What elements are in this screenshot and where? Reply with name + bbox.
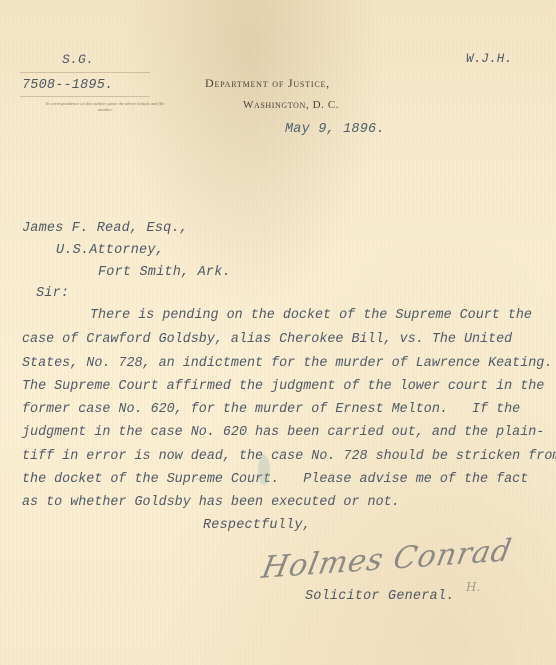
rule-1 — [20, 72, 150, 73]
body-line-8: the docket of the Supreme Court. Please … — [22, 472, 528, 487]
fine-print: In correspondence on this subject quote … — [40, 101, 170, 113]
body-line-1: There is pending on the docket of the Su… — [90, 308, 532, 323]
letter-date: May 9, 1896. — [285, 122, 385, 137]
body-line-7: tiff in error is now dead, the case No. … — [22, 449, 556, 464]
file-number: 7508--1895. — [22, 78, 113, 93]
addressee-place: Fort Smith, Ark. — [98, 265, 231, 280]
left-initials: S.G. — [62, 52, 94, 67]
body-line-2: case of Crawford Goldsby, alias Cherokee… — [22, 332, 512, 347]
right-initials: W.J.H. — [466, 52, 512, 66]
ink-smudge — [258, 455, 270, 485]
signature-mark: H. — [466, 580, 480, 594]
body-line-5: former case No. 620, for the murder of E… — [22, 402, 520, 417]
body-line-6: judgment in the case No. 620 has been ca… — [22, 425, 544, 440]
addressee-name: James F. Read, Esq., — [22, 221, 188, 236]
body-line-4: The Supreme Court affirmed the judgment … — [22, 379, 544, 394]
letter-page: S.G. 7508--1895. In correspondence on th… — [0, 0, 556, 665]
location-heading: Washington, D. C. — [243, 99, 339, 111]
addressee-title: U.S.Attorney, — [56, 243, 164, 258]
department-heading: Department of Justice, — [205, 76, 330, 91]
signature: Holmes Conrad — [259, 533, 515, 586]
body-line-9: as to whether Goldsby has been executed … — [22, 495, 400, 510]
closing: Respectfully, — [203, 518, 311, 533]
rule-2 — [20, 96, 150, 97]
body-line-3: States, No. 728, an indictment for the m… — [22, 356, 552, 371]
signer-title: Solicitor General. — [305, 589, 454, 604]
salutation: Sir: — [36, 286, 69, 301]
